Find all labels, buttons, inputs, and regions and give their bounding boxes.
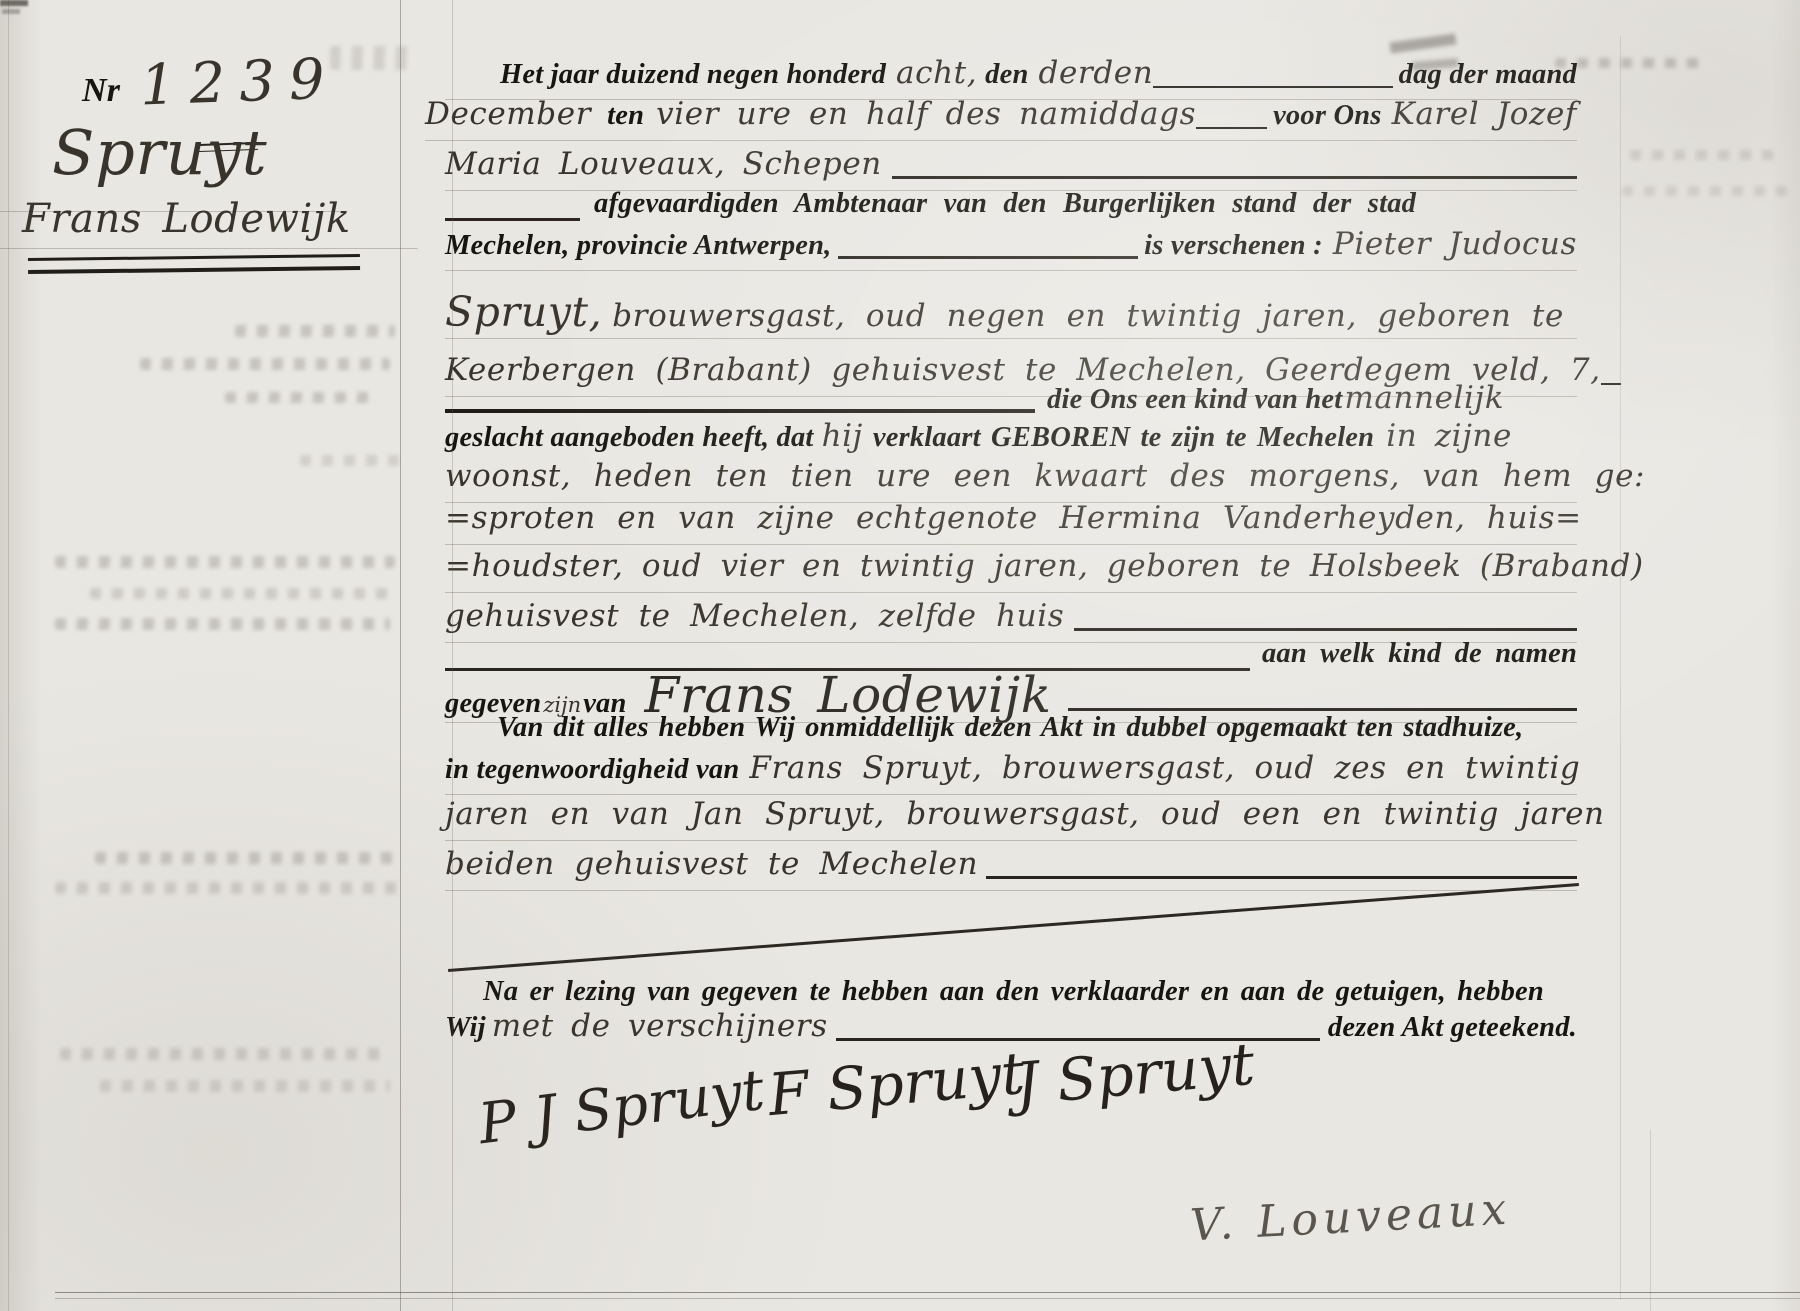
act-line-1: Het jaar duizend negen honderd acht, den… [445,55,1577,100]
act-line-19: beiden gehuisvest te Mechelen [445,846,1577,891]
handwritten-text: hij [822,418,863,454]
printed-text: den [985,59,1028,91]
fill-line [445,409,1035,413]
act-line-2: December ten vier ure en half des namidd… [425,96,1577,141]
scan-artifact [1390,33,1457,53]
fill-line [1601,383,1621,385]
handwritten-text: beiden gehuisvest te Mechelen [445,846,978,882]
bleedthrough-smudge [95,852,395,864]
margin-ruled-line [0,248,418,249]
fill-line [1196,127,1267,129]
fill-line [986,876,1577,879]
margin-divider-line [400,0,401,1311]
handwritten-witness-text: jaren en van Jan Spruyt, brouwersgast, o… [445,796,1605,832]
act-line-13: gehuisvest te Mechelen, zelfde huis [445,598,1577,643]
fill-line [1074,628,1577,631]
margin-given-names: Frans Lodewijk [22,196,351,242]
handwritten-text: =sproten en van zijne echtgenote Hermina… [445,500,1582,536]
handwritten-text: December [425,96,591,132]
handwritten-text: derden [1039,55,1154,91]
signature-witness-frans: F Spruyt [766,1039,1028,1129]
bleedthrough-smudge [1555,58,1705,68]
page-fold-line [1620,36,1621,1300]
bleedthrough-smudge [55,556,395,568]
handwritten-text: in zijne [1386,418,1512,454]
act-line-9: geslacht aangeboden heeft, dat hij verkl… [445,418,1577,462]
handwritten-text: mannelijk [1344,380,1504,416]
act-line-10: woonst, heden ten tien ure een kwaart de… [445,458,1577,503]
fill-line [838,256,1139,259]
fill-line [892,176,1577,179]
bleedthrough-smudge [140,358,390,370]
fill-line [1068,708,1577,711]
handwritten-text: Karel Jozef [1392,96,1577,132]
printed-text: is verschenen : [1144,230,1323,262]
act-line-12: =houdster, oud vier en twintig jaren, ge… [445,548,1577,593]
page-fold-line-2 [1650,1130,1651,1311]
printed-text: Het jaar duizend negen honderd [500,59,886,91]
bleedthrough-smudge [55,882,400,894]
handwritten-text: vier ure en half des namiddags [656,96,1196,132]
bleedthrough-smudge [90,588,390,599]
handwritten-text: acht, [896,55,977,91]
handwritten-text: met de verschijners [492,1008,828,1044]
bleedthrough-smudge [225,392,375,403]
bleedthrough-smudge [55,618,390,630]
handwritten-text: brouwersgast, oud negen en twintig jaren… [612,298,1564,334]
handwritten-witness-text: Frans Spruyt, brouwersgast, oud zes en t… [749,750,1580,786]
signature-official: V. Louveaux [1189,1184,1513,1252]
margin-divider-line-2 [452,0,453,1311]
act-number: Nr 1239 [82,50,339,115]
handwritten-text: woonst, heden ten tien ure een kwaart de… [445,458,1645,494]
printed-text: afgevaardigden Ambtenaar van den Burgerl… [594,188,1416,220]
printed-text: verklaart GEBOREN te zijn te Mechelen [873,422,1374,454]
act-line-5: Mechelen, provincie Antwerpen, is versch… [445,226,1577,271]
bleedthrough-smudge [60,1048,390,1060]
printed-text: die Ons een kind van het [1047,384,1342,416]
margin-surname: Spruyt [52,116,267,189]
scan-artifact [0,0,28,6]
printed-text: geslacht aangeboden heeft, dat [445,422,814,454]
fill-line [1153,86,1392,88]
act-line-6: Spruyt, brouwersgast, oud negen en twint… [445,288,1577,339]
act-number-value: 1239 [139,47,340,119]
printed-text: Mechelen, provincie Antwerpen, [445,230,832,262]
bleedthrough-smudge [235,325,395,337]
fill-line [445,218,580,221]
bleedthrough-smudge [1630,150,1780,160]
act-line-3: Maria Louveaux, Schepen [445,146,1577,191]
blank-space-strike-line [448,883,1579,972]
printed-text: voor Ons [1273,100,1382,132]
act-line-11: =sproten en van zijne echtgenote Hermina… [445,500,1577,545]
signature-declarant: P J Spruyt [475,1058,768,1157]
printed-text: dezen Akt geteekend. [1328,1012,1577,1044]
handwritten-declarant-name: Pieter Judocus [1333,226,1577,262]
handwritten-text: Maria Louveaux, Schepen [445,146,882,182]
printed-text: Na er lezing van gegeven te hebben aan d… [483,976,1544,1008]
act-number-label: Nr [82,72,120,110]
page-edge-line [8,0,9,1311]
bleedthrough-smudge [100,1080,390,1092]
birth-certificate-page: Nr 1239 Spruyt Frans Lodewijk Het jaar d… [0,0,1800,1311]
printed-text: Van dit alles hebben Wij onmiddellijk de… [497,712,1523,744]
scan-artifact [2,9,20,14]
bleedthrough-smudge [1622,186,1787,196]
bleedthrough-smudge [330,46,410,70]
printed-text: ten [607,100,644,132]
handwritten-text: gehuisvest te Mechelen, zelfde huis [445,598,1064,634]
bleedthrough-smudge [300,455,400,466]
act-line-17: in tegenwoordigheid van Frans Spruyt, br… [445,750,1577,795]
act-line-18: jaren en van Jan Spruyt, brouwersgast, o… [445,796,1577,841]
bottom-rule [55,1292,1800,1299]
handwritten-text: =houdster, oud vier en twintig jaren, ge… [445,548,1644,584]
printed-text: in tegenwoordigheid van [445,754,739,786]
margin-closing-rule [28,254,360,274]
handwritten-surname: Spruyt, [445,288,602,336]
